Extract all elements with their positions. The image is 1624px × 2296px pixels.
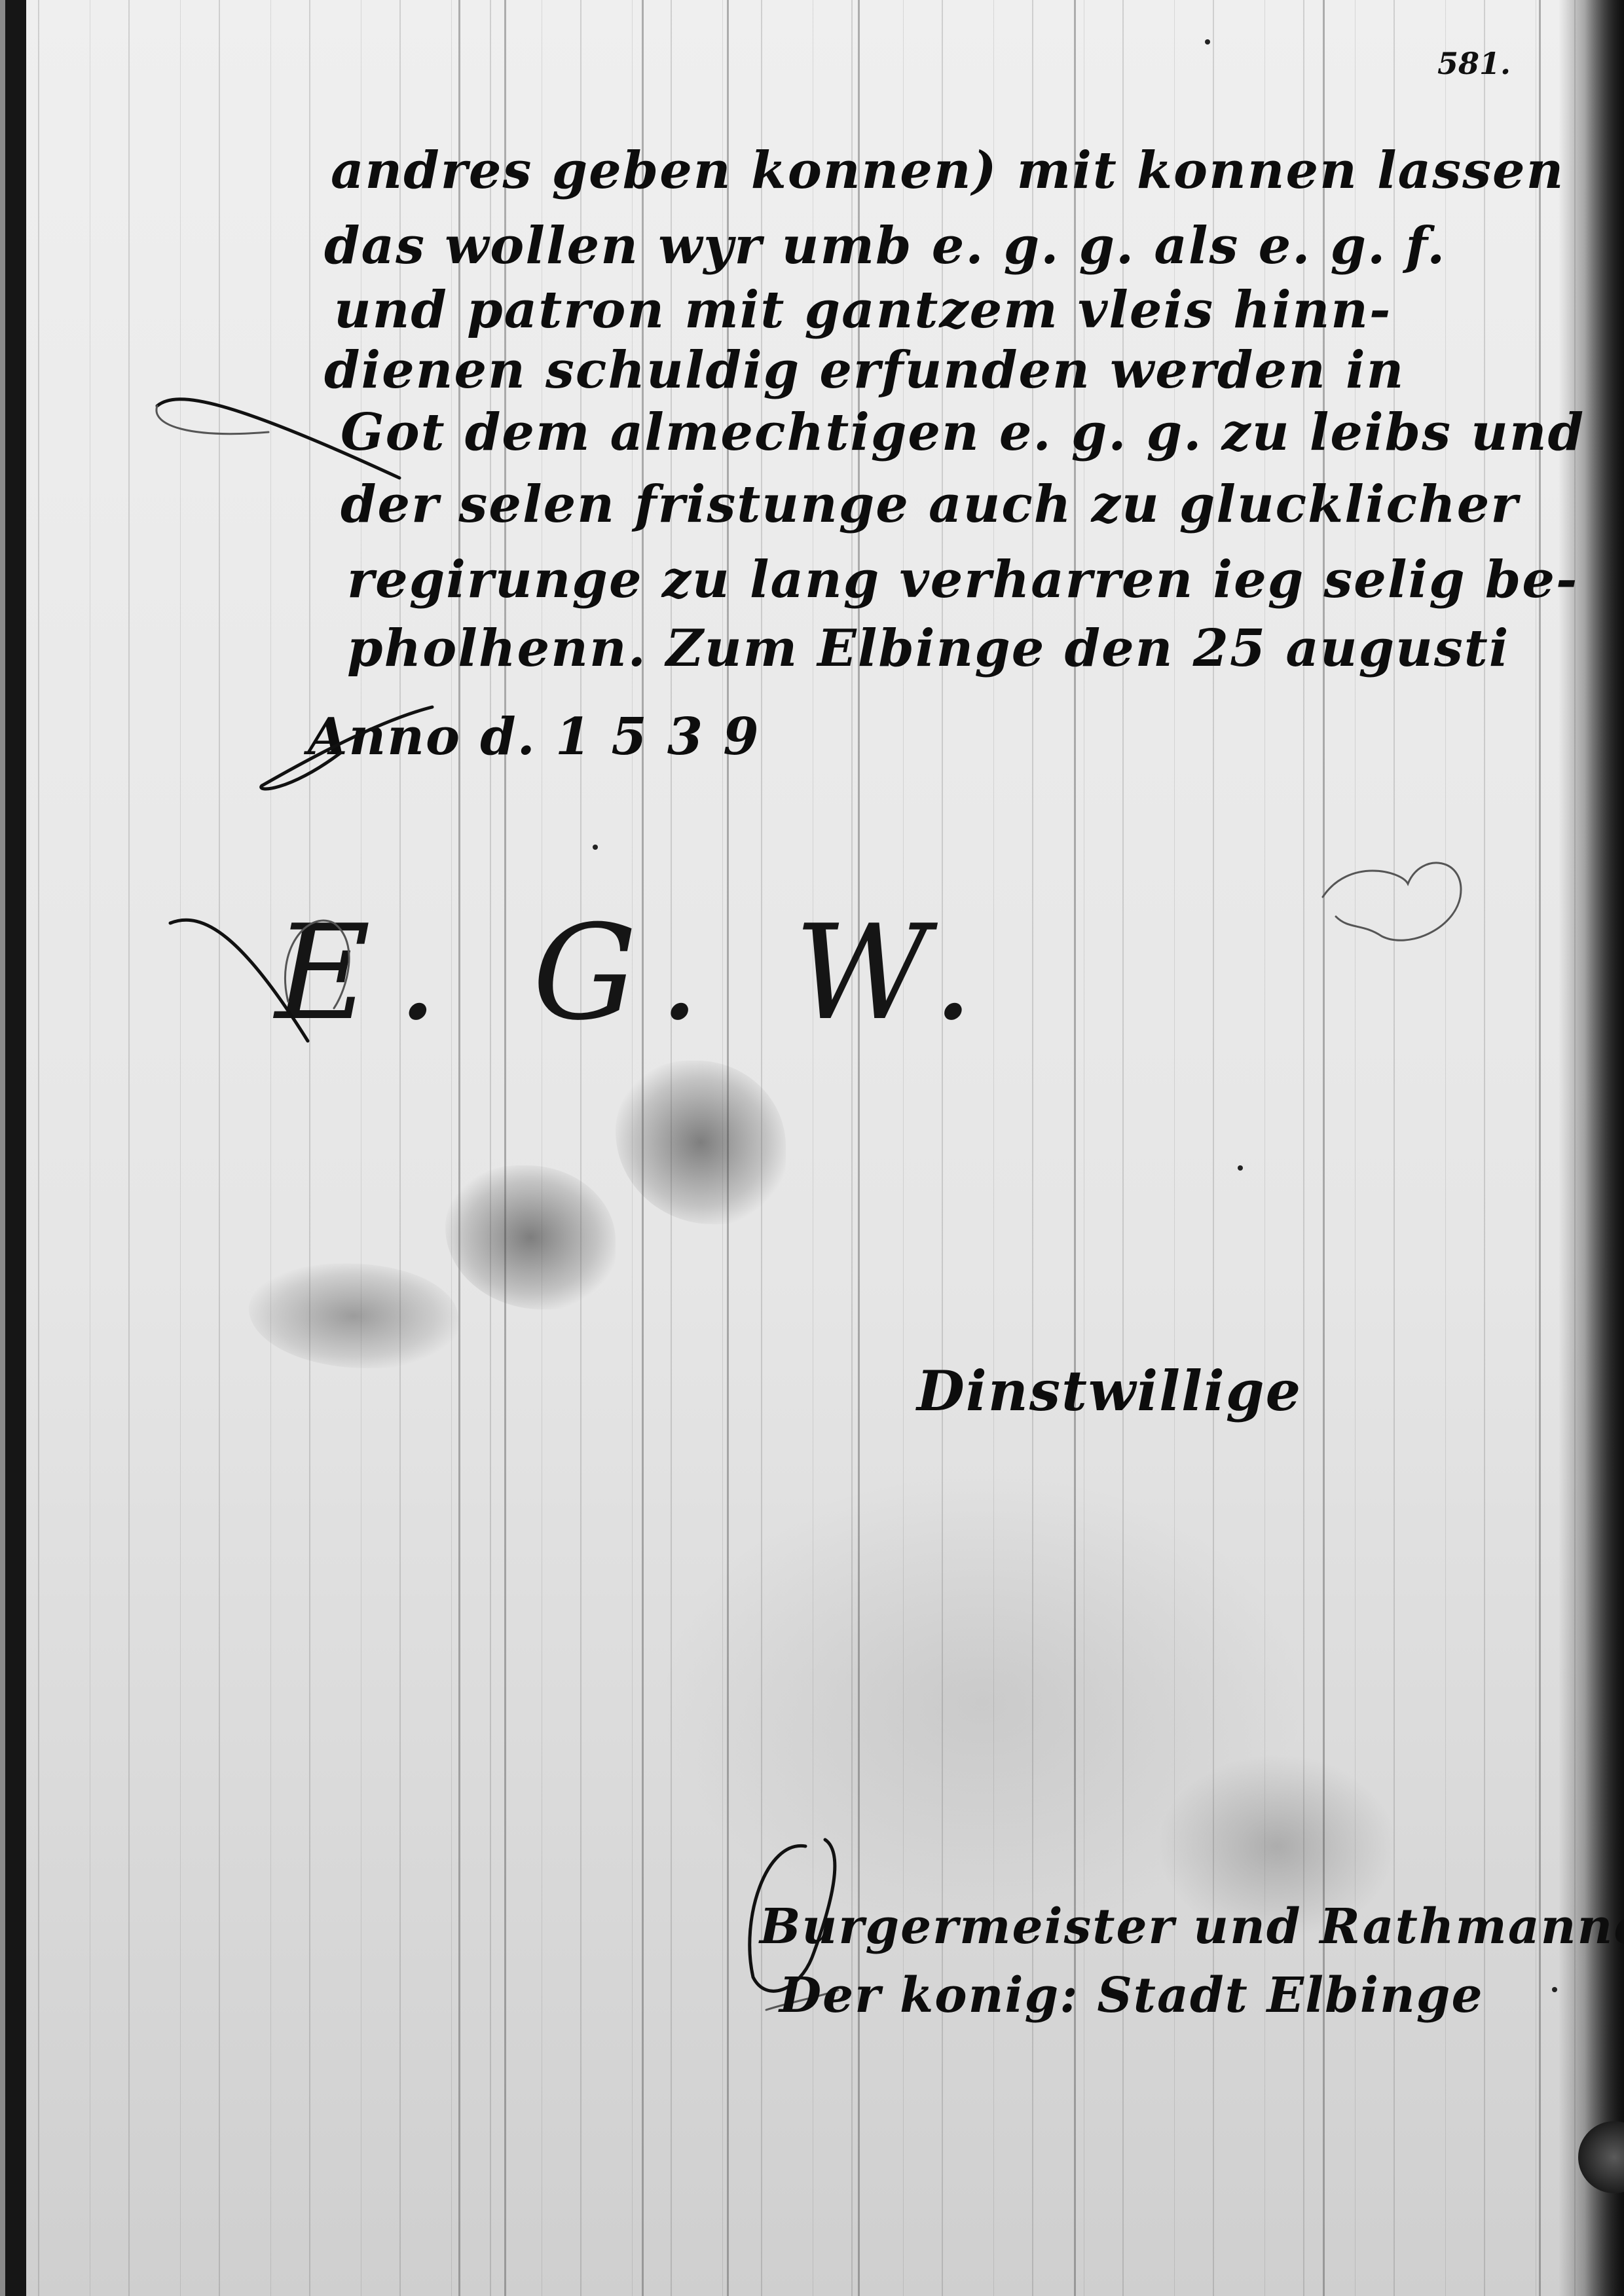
flourish-initials xyxy=(164,897,491,1067)
water-stain xyxy=(445,1165,616,1309)
body-line-5: Got dem almechtigen e. g. g. zu leibs un… xyxy=(341,403,1585,462)
water-stain xyxy=(616,1061,786,1224)
body-line-3: und patron mit gantzem vleis hinn- xyxy=(334,280,1392,340)
signature-line-1: Burgermeister und Rathmanne xyxy=(760,1899,1624,1955)
body-line-2: das wollen wyr umb e. g. g. als e. g. f. xyxy=(324,216,1446,276)
ink-speck xyxy=(1205,39,1210,45)
ink-speck xyxy=(1238,1165,1243,1171)
body-line-4: dienen schuldig erfunden werden in xyxy=(324,340,1405,400)
page-left-edge xyxy=(0,0,5,2296)
page-number: 581. xyxy=(1437,46,1511,81)
body-line-6: der selen fristunge auch zu glucklicher xyxy=(341,475,1519,534)
binding-border xyxy=(5,0,26,2296)
body-line-1: andres geben konnen) mit konnen lassen xyxy=(331,141,1564,200)
scribble-right xyxy=(1310,845,1480,962)
signature-line-2: Der konig: Stadt Elbinge xyxy=(779,1967,1484,2024)
ink-speck xyxy=(593,845,598,850)
body-line-7: regirunge zu lang verharren ieg selig be… xyxy=(347,550,1578,610)
ink-speck xyxy=(1552,1987,1557,1992)
flourish-left-margin xyxy=(151,386,426,491)
flourish-date xyxy=(249,694,458,799)
manuscript-page: 581. andres geben konnen) mit konnen las… xyxy=(0,0,1624,2296)
body-line-8: pholhenn. Zum Elbinge den 25 augusti xyxy=(347,619,1509,678)
water-stain xyxy=(249,1264,458,1368)
closing-word: Dinstwillige xyxy=(917,1358,1302,1423)
